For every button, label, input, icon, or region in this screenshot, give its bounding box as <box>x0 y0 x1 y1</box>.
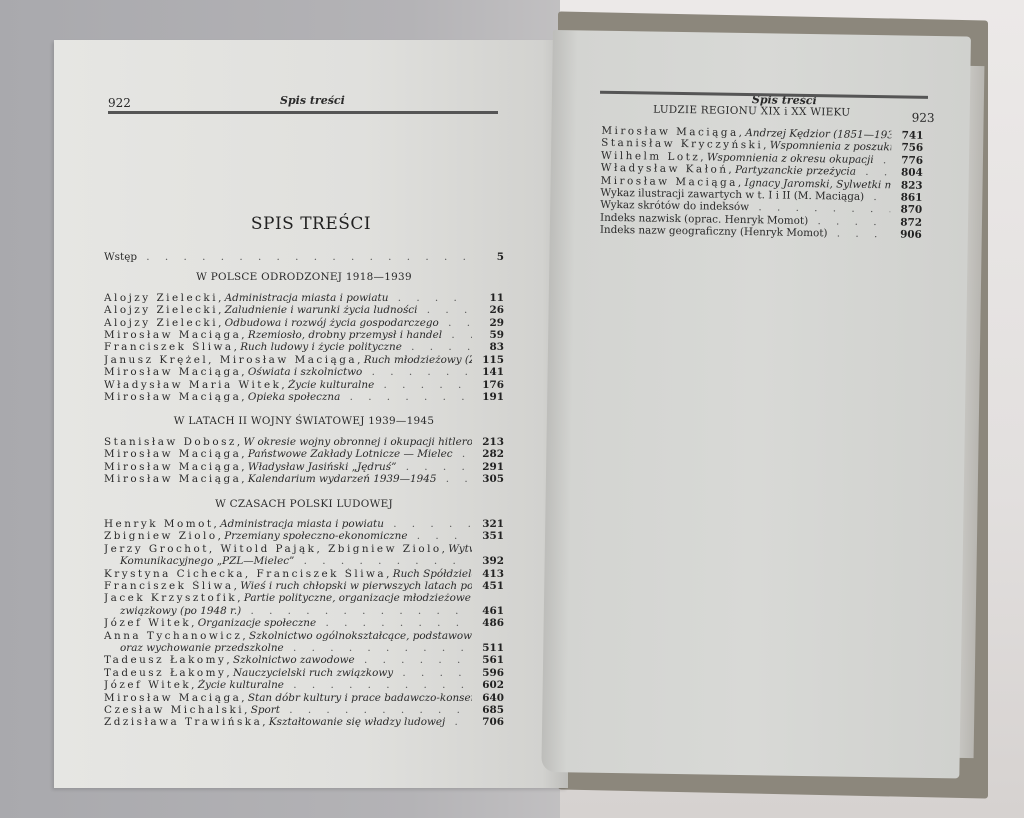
entry-text: Krystyna Cichecka, Franciszek Śliwa, Ruc… <box>104 568 472 580</box>
toc-entry[interactable]: Tadeusz Łakomy, Szkolnictwo zawodowe . .… <box>104 654 504 666</box>
entry-author: Mirosław Maciąga <box>104 391 241 403</box>
entry-author: Stanisław Dobosz <box>104 436 237 448</box>
leader-dots: . . . . . . . . . . . . . . . . . . . . … <box>827 228 890 241</box>
leader-dots: . . . . . . . . . . . . . . . . . . . . … <box>393 667 472 679</box>
entry-author: Franciszek Śliwa <box>104 580 234 592</box>
entry-author: Jacek Krzysztofik <box>104 592 237 604</box>
entry-text: Zdzisława Trawińska, Kształtowanie się w… <box>104 716 472 728</box>
entry-title: Wieś i ruch chłopski w pierwszych latach… <box>240 580 472 592</box>
entry-author: Zbigniew Ziolo <box>104 530 218 542</box>
entry-title: Przemiany społeczno-ekonomiczne <box>224 530 407 542</box>
entry-author: Tadeusz Łakomy <box>104 654 226 666</box>
leader-dots: . . . . . . . . . . . . . . . . . . . . … <box>408 530 473 542</box>
entry-author: Alojzy Zielecki <box>104 304 218 316</box>
leader-dots: . . . . . . . . . . . . . . . . . . . . … <box>856 166 891 179</box>
leader-dots: . . . . . . . . . . . . . . . . . . . . … <box>284 642 472 654</box>
toc-entry-continuation: Komunikacyjnego „PZL—Mielec” . . . . . .… <box>104 555 504 567</box>
entry-page-number <box>472 630 504 642</box>
entry-title: Ruch młodzieżowy (ZHP i ZMW) <box>364 354 472 366</box>
entry-page-number: 685 <box>472 704 504 716</box>
entry-page-number: 756 <box>891 142 923 155</box>
entry-title: Ruch Spółdzielczy <box>393 568 472 580</box>
entry-text: Janusz Krężel, Mirosław Maciąga, Ruch mł… <box>104 354 472 366</box>
entry-title: Zaludnienie i warunki życia ludności <box>225 304 418 316</box>
entry-text: Józef Witek, Życie kulturalne . . . . . … <box>104 679 472 691</box>
entry-page-number: 706 <box>472 716 504 728</box>
toc-entry[interactable]: Czesław Michalski, Sport . . . . . . . .… <box>104 704 504 716</box>
left-page-number: 922 <box>108 96 131 110</box>
entry-author: Tadeusz Łakomy <box>104 667 226 679</box>
entry-title: W okresie wojny obronnej i okupacji hitl… <box>244 436 472 448</box>
entry-title: Indeks nazw geograficzny (Henryk Momot) <box>600 224 828 240</box>
entry-text: Stanisław Dobosz, W okresie wojny obronn… <box>104 436 472 448</box>
entry-page-number: 29 <box>472 317 504 329</box>
entry-page-number: 305 <box>472 473 504 485</box>
entry-page-number: 141 <box>472 366 504 378</box>
entry-text: Mirosław Maciąga, Kalendarium wydarzeń 1… <box>104 473 472 485</box>
entry-title: Kształtowanie się władzy ludowej <box>269 716 445 728</box>
entry-author: Alojzy Zielecki <box>104 292 218 304</box>
entry-author: Jerzy Grochot, Witold Pająk, Zbigniew Zi… <box>104 543 442 555</box>
entry-title-continued: oraz wychowanie przedszkolne <box>120 642 284 654</box>
leader-dots: . . . . . . . . . . . . . . . . . . . . … <box>402 341 472 353</box>
right-page: Spis treści 923 LUDZIE REGIONU XIX i XX … <box>541 30 971 778</box>
entry-text: Tadeusz Łakomy, Nauczycielski ruch związ… <box>104 667 472 679</box>
entry-title: Państwowe Zakłady Lotnicze — Mielec <box>248 448 453 460</box>
toc-entry[interactable]: Tadeusz Łakomy, Nauczycielski ruch związ… <box>104 667 504 679</box>
entry-page-number: 872 <box>890 216 922 229</box>
page-title: SPIS TREŚCI <box>54 214 568 234</box>
leader-dots: . . . . . . . . . . . . . . . . . . . . … <box>445 716 472 728</box>
leader-dots: . . . . . . . . . . . . . . . . . . . . … <box>384 518 472 530</box>
entry-text: Tadeusz Łakomy, Szkolnictwo zawodowe . .… <box>104 654 472 666</box>
entry-page-number: 870 <box>890 204 922 217</box>
entry-author: Wilhelm Lotz <box>601 150 700 164</box>
entry-text: Czesław Michalski, Sport . . . . . . . .… <box>104 704 472 716</box>
entry-title: Ruch ludowy i życie polityczne <box>240 341 402 353</box>
entry-title: Organizacje społeczne <box>198 617 316 629</box>
entry-page-number: 486 <box>472 617 504 629</box>
entry-author: Mirosław Maciąga <box>104 329 241 341</box>
entry-text: Mirosław Maciąga, Państwowe Zakłady Lotn… <box>104 448 472 460</box>
entry-text: Mirosław Maciąga, Opieka społeczna . . .… <box>104 391 472 403</box>
entry-text: związkowy (po 1948 r.) . . . . . . . . .… <box>104 605 472 617</box>
leader-dots: . . . . . . . . . . . . . . . . . . . . … <box>439 317 472 329</box>
entry-page-number: 861 <box>890 191 922 204</box>
entry-title: Opieka społeczna <box>248 391 340 403</box>
entry-title: Rzemiosło, drobny przemysł i handel <box>248 329 442 341</box>
entry-author: Władysław Maria Witek <box>104 379 281 391</box>
entry-text: Mirosław Maciąga, Stan dóbr kultury i pr… <box>104 692 472 704</box>
toc-entry[interactable]: Władysław Maria Witek, Życie kulturalne … <box>104 379 504 391</box>
toc-entry[interactable]: Mirosław Maciąga, Stan dóbr kultury i pr… <box>104 692 504 704</box>
entry-title: Wstęp <box>104 251 137 263</box>
entry-page-number: 11 <box>472 292 504 304</box>
leader-dots: . . . . . . . . . . . . . . . . . . . . … <box>280 704 472 716</box>
toc-entry[interactable]: Józef Witek, Organizacje społeczne . . .… <box>104 617 504 629</box>
entry-text: Józef Witek, Organizacje społeczne . . .… <box>104 617 472 629</box>
entry-title: Władysław Jasiński „Jędruś” <box>248 461 396 473</box>
entry-page-number: 291 <box>472 461 504 473</box>
toc-entry[interactable]: Mirosław Maciąga, Oświata i szkolnictwo … <box>104 366 504 378</box>
toc-entry[interactable]: Mirosław Maciąga, Kalendarium wydarzeń 1… <box>104 473 504 485</box>
toc-entry[interactable]: Józef Witek, Życie kulturalne . . . . . … <box>104 679 504 691</box>
leader-dots: . . . . . . . . . . . . . . . . . . . . … <box>453 448 472 460</box>
leader-dots: . . . . . . . . . . . . . . . . . . . . … <box>388 292 472 304</box>
entry-title: Administracja miasta i powiatu <box>225 292 389 304</box>
leader-dots: . . . . . . . . . . . . . . . . . . . . … <box>437 473 473 485</box>
entry-title: Życie kulturalne <box>288 379 374 391</box>
toc-entry-continuation: oraz wychowanie przedszkolne . . . . . .… <box>104 642 504 654</box>
entry-author: Mirosław Maciąga <box>104 473 241 485</box>
entry-page-number: 392 <box>472 555 504 567</box>
entry-title: Szkolnictwo ogólnokształcące, podstawowe… <box>249 630 472 642</box>
entry-text: Alojzy Zielecki, Odbudowa i rozwój życia… <box>104 317 472 329</box>
leader-dots: . . . . . . . . . . . . . . . . . . . . … <box>417 304 472 316</box>
toc-entry[interactable]: Zbigniew Ziolo, Przemiany społeczno-ekon… <box>104 530 504 542</box>
leader-dots: . . . . . . . . . . . . . . . . . . . . … <box>241 605 472 617</box>
entry-author: Krystyna Cichecka, Franciszek Śliwa <box>104 568 386 580</box>
entry-page-number: 823 <box>891 179 923 192</box>
entry-text: Franciszek Śliwa, Ruch ludowy i życie po… <box>104 341 472 353</box>
entry-author: Alojzy Zielecki <box>104 317 218 329</box>
entry-author: Mirosław Maciąga <box>104 366 241 378</box>
entry-page-number: 596 <box>472 667 504 679</box>
entry-page-number: 804 <box>891 167 923 180</box>
toc-entry[interactable]: Henryk Momot, Administracja miasta i pow… <box>104 518 504 530</box>
toc-entry[interactable]: Mirosław Maciąga, Władysław Jasiński „Ję… <box>104 461 504 473</box>
entry-text: Alojzy Zielecki, Zaludnienie i warunki ż… <box>104 304 472 316</box>
toc-entry[interactable]: Stanisław Dobosz, W okresie wojny obronn… <box>104 436 504 448</box>
entry-author: Czesław Michalski <box>104 704 244 716</box>
entry-page-number: 511 <box>472 642 504 654</box>
entry-page-number: 413 <box>472 568 504 580</box>
entry-title-continued: związkowy (po 1948 r.) <box>120 605 241 617</box>
leader-dots: . . . . . . . . . . . . . . . . . . . . … <box>442 329 472 341</box>
entry-author: Franciszek Śliwa <box>104 341 234 353</box>
entry-page-number: 213 <box>472 436 504 448</box>
entry-text: Alojzy Zielecki, Administracja miasta i … <box>104 292 472 304</box>
entry-title: Wytwórnia Sprzętu <box>448 543 472 555</box>
entry-title: Stan dóbr kultury i prace badawczo-konse… <box>248 692 472 704</box>
entry-text: Jerzy Grochot, Witold Pająk, Zbigniew Zi… <box>104 543 472 555</box>
leader-dots: . . . . . . . . . . . . . . . . . . . . … <box>294 555 472 567</box>
toc-entry[interactable]: Janusz Krężel, Mirosław Maciąga, Ruch mł… <box>104 354 504 366</box>
toc-entry[interactable]: Jerzy Grochot, Witold Pająk, Zbigniew Zi… <box>104 543 504 555</box>
section-heading: W POLSCE ODRODZONEJ 1918—1939 <box>104 271 504 283</box>
toc-entry[interactable]: Franciszek Śliwa, Ruch ludowy i życie po… <box>104 341 504 353</box>
section-heading: W CZASACH POLSKI LUDOWEJ <box>104 498 504 510</box>
entry-page-number: 461 <box>472 605 504 617</box>
entry-text: Franciszek Śliwa, Wieś i ruch chłopski w… <box>104 580 472 592</box>
toc-entry[interactable]: Mirosław Maciąga, Rzemiosło, drobny prze… <box>104 329 504 341</box>
entry-text: Henryk Momot, Administracja miasta i pow… <box>104 518 472 530</box>
entry-page-number: 26 <box>472 304 504 316</box>
leader-dots: . . . . . . . . . . . . . . . . . . . . … <box>284 679 472 691</box>
entry-text: Komunikacyjnego „PZL—Mielec” . . . . . .… <box>104 555 472 567</box>
entry-author: Janusz Krężel, Mirosław Maciąga <box>104 354 357 366</box>
toc-entry[interactable]: Alojzy Zielecki, Zaludnienie i warunki ż… <box>104 304 504 316</box>
header-rule <box>108 111 498 114</box>
entry-page-number: 59 <box>472 329 504 341</box>
entry-text: Mirosław Maciąga, Oświata i szkolnictwo … <box>104 366 472 378</box>
toc-entry[interactable]: Alojzy Zielecki, Administracja miasta i … <box>104 292 504 304</box>
entry-author: Henryk Momot <box>104 518 214 530</box>
toc-entry[interactable]: Mirosław Maciąga, Opieka społeczna . . .… <box>104 391 504 403</box>
leader-dots: . . . . . . . . . . . . . . . . . . . . … <box>396 461 472 473</box>
entry-page-number: 351 <box>472 530 504 542</box>
toc-entry[interactable]: Krystyna Cichecka, Franciszek Śliwa, Ruc… <box>104 568 504 580</box>
entry-text: Wstęp . . . . . . . . . . . . . . . . . … <box>104 251 472 263</box>
entry-page-number: 602 <box>472 679 504 691</box>
entry-author: Mirosław Maciąga <box>104 692 241 704</box>
entry-text: Mirosław Maciąga, Władysław Jasiński „Ję… <box>104 461 472 473</box>
leader-dots: . . . . . . . . . . . . . . . . . . . . … <box>864 191 890 204</box>
entry-title: Administracja miasta i powiatu <box>220 518 384 530</box>
entry-page-number: 906 <box>890 229 922 242</box>
entry-page-number: 321 <box>472 518 504 530</box>
table-of-contents: Wstęp . . . . . . . . . . . . . . . . . … <box>104 251 504 729</box>
toc-entry-intro[interactable]: Wstęp . . . . . . . . . . . . . . . . . … <box>104 251 504 263</box>
leader-dots: . . . . . . . . . . . . . . . . . . . . … <box>362 366 472 378</box>
entry-title: Życie kulturalne <box>198 679 284 691</box>
entry-text: Mirosław Maciąga, Rzemiosło, drobny prze… <box>104 329 472 341</box>
table-of-contents-continued: Mirosław Maciąga, Andrzej Kędzior (1851—… <box>600 125 924 242</box>
left-page: 922 Spis treści SPIS TREŚCI Wstęp . . . … <box>54 40 568 788</box>
entry-title: Szkolnictwo zawodowe <box>233 654 355 666</box>
entry-page-number: 640 <box>472 692 504 704</box>
toc-entry-continuation: związkowy (po 1948 r.) . . . . . . . . .… <box>104 605 504 617</box>
entry-title: Odbudowa i rozwój życia gospodarczego <box>225 317 439 329</box>
entry-title: Partie polityczne, organizacje młodzieżo… <box>244 592 472 604</box>
leader-dots: . . . . . . . . . . . . . . . . . . . . … <box>873 154 891 167</box>
entry-author: Józef Witek <box>104 617 191 629</box>
entry-page-number: 115 <box>472 354 504 366</box>
entry-page-number <box>472 592 504 604</box>
entry-author: Zdzisława Trawińska <box>104 716 262 728</box>
entry-author: Anna Tychanowicz <box>104 630 242 642</box>
entry-page-number: 282 <box>472 448 504 460</box>
entry-text: Anna Tychanowicz, Szkolnictwo ogólnokszt… <box>104 630 472 642</box>
entry-text: Jacek Krzysztofik, Partie polityczne, or… <box>104 592 472 604</box>
section-heading: W LATACH II WOJNY ŚWIATOWEJ 1939—1945 <box>104 415 504 427</box>
entry-page-number <box>472 543 504 555</box>
toc-entry[interactable]: Alojzy Zielecki, Odbudowa i rozwój życia… <box>104 317 504 329</box>
entry-page-number: 561 <box>472 654 504 666</box>
leader-dots: . . . . . . . . . . . . . . . . . . . . … <box>316 617 472 629</box>
entry-page-number: 83 <box>472 341 504 353</box>
toc-entry[interactable]: Jacek Krzysztofik, Partie polityczne, or… <box>104 592 504 604</box>
entry-author: Mirosław Maciąga <box>104 448 241 460</box>
entry-page-number: 176 <box>472 379 504 391</box>
entry-page-number: 741 <box>891 129 923 142</box>
entry-page-number: 191 <box>472 391 504 403</box>
entry-text: Zbigniew Ziolo, Przemiany społeczno-ekon… <box>104 530 472 542</box>
toc-entry[interactable]: Zdzisława Trawińska, Kształtowanie się w… <box>104 716 504 728</box>
toc-entry[interactable]: Anna Tychanowicz, Szkolnictwo ogólnokszt… <box>104 630 504 642</box>
entry-page-number: 776 <box>891 154 923 167</box>
right-page-number: 923 <box>912 111 935 125</box>
entry-text: oraz wychowanie przedszkolne . . . . . .… <box>104 642 472 654</box>
leader-dots: . . . . . . . . . . . . . . . . . . . . … <box>340 391 472 403</box>
left-running-head: Spis treści <box>280 94 345 107</box>
entry-title: Nauczycielski ruch związkowy <box>233 667 393 679</box>
leader-dots: . . . . . . . . . . . . . . . . . . . . … <box>374 379 472 391</box>
entry-title-continued: Komunikacyjnego „PZL—Mielec” <box>120 555 294 567</box>
entry-title: Oświata i szkolnictwo <box>248 366 362 378</box>
entry-text: Władysław Maria Witek, Życie kulturalne … <box>104 379 472 391</box>
section-heading: LUDZIE REGIONU XIX i XX WIEKU <box>602 103 902 120</box>
entry-page-number: 451 <box>472 580 504 592</box>
leader-dots: . . . . . . . . . . . . . . . . . . . . … <box>355 654 472 666</box>
entry-author: Mirosław Maciąga <box>104 461 241 473</box>
entry-title: Sport <box>251 704 280 716</box>
entry-page-number: 5 <box>472 251 504 263</box>
toc-entry[interactable]: Mirosław Maciąga, Państwowe Zakłady Lotn… <box>104 448 504 460</box>
entry-title: Kalendarium wydarzeń 1939—1945 <box>248 473 437 485</box>
leader-dots: . . . . . . . . . . . . . . . . . . . . … <box>137 251 472 263</box>
toc-entry[interactable]: Franciszek Śliwa, Wieś i ruch chłopski w… <box>104 580 504 592</box>
entry-author: Józef Witek <box>104 679 191 691</box>
